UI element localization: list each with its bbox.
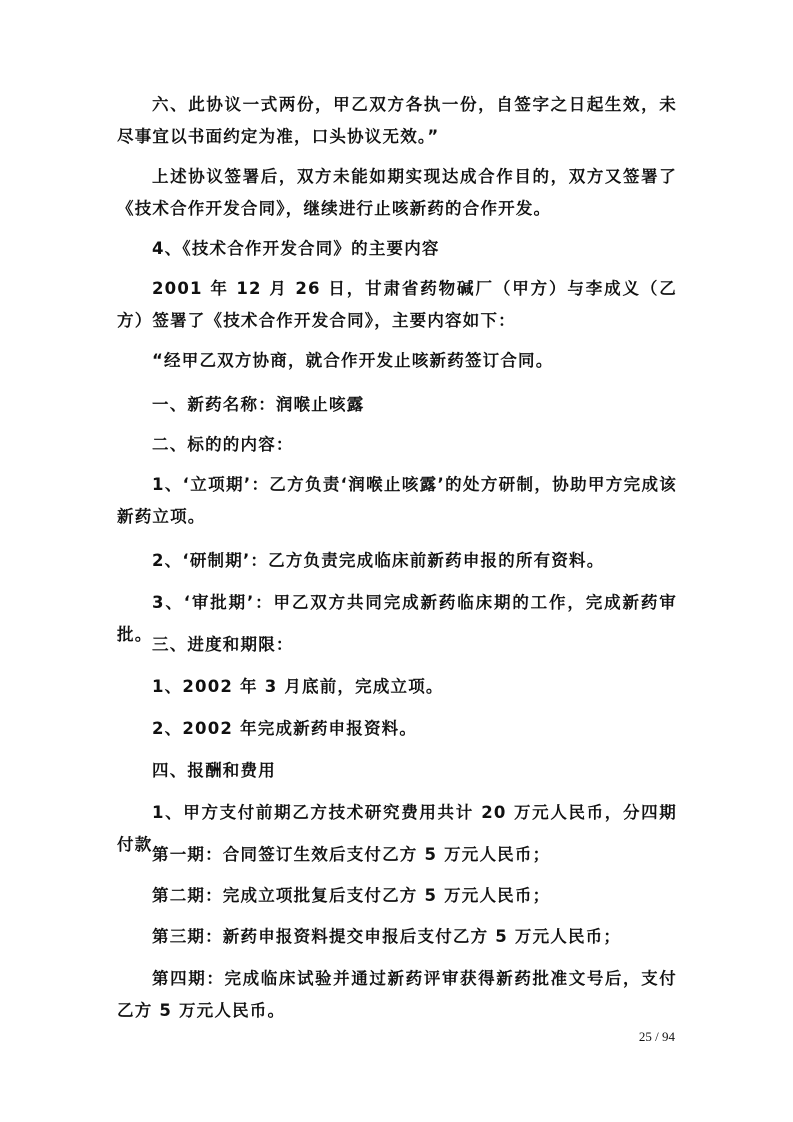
payment-phase-3: 第三期：新药申报资料提交申报后支付乙方 5 万元人民币； xyxy=(117,921,677,953)
document-page: 六、此协议一式两份，甲乙双方各执一份，自签字之日起生效，未尽事宜以书面约定为准，… xyxy=(0,0,793,1122)
clause-remuneration: 四、报酬和费用 xyxy=(117,755,677,787)
page-number: 25 / 94 xyxy=(639,1029,675,1045)
payment-phase-2: 第二期：完成立项批复后支付乙方 5 万元人民币； xyxy=(117,880,677,912)
section-heading-contract-content: 4、《技术合作开发合同》的主要内容 xyxy=(117,233,677,265)
clause-subject-matter: 二、标的的内容： xyxy=(117,429,677,461)
payment-phase-4: 第四期：完成临床试验并通过新药评审获得新药批准文号后，支付乙方 5 万元人民币。 xyxy=(117,963,677,1027)
paragraph-agreement-follow-up: 上述协议签署后，双方未能如期实现达成合作目的，双方又签署了《技术合作开发合同》，… xyxy=(117,161,677,225)
paragraph-contract-preamble: “经甲乙双方协商，就合作开发止咳新药签订合同。 xyxy=(117,345,677,377)
schedule-item-1: 1、2002 年 3 月底前，完成立项。 xyxy=(117,671,677,703)
payment-phase-1: 第一期：合同签订生效后支付乙方 5 万元人民币； xyxy=(117,839,677,871)
paragraph-agreement-clause-six: 六、此协议一式两份，甲乙双方各执一份，自签字之日起生效，未尽事宜以书面约定为准，… xyxy=(117,89,677,153)
clause-schedule: 三、进度和期限： xyxy=(117,629,677,661)
item-development-phase: 2、‘研制期’：乙方负责完成临床前新药申报的所有资料。 xyxy=(117,545,677,577)
clause-drug-name: 一、新药名称：润喉止咳露 xyxy=(117,389,677,421)
item-project-phase: 1、‘立项期’：乙方负责‘润喉止咳露’的处方研制，协助甲方完成该新药立项。 xyxy=(117,469,677,533)
schedule-item-2: 2、2002 年完成新药申报资料。 xyxy=(117,713,677,745)
paragraph-contract-signing: 2001 年 12 月 26 日，甘肃省药物碱厂（甲方）与李成义（乙方）签署了《… xyxy=(117,273,677,337)
